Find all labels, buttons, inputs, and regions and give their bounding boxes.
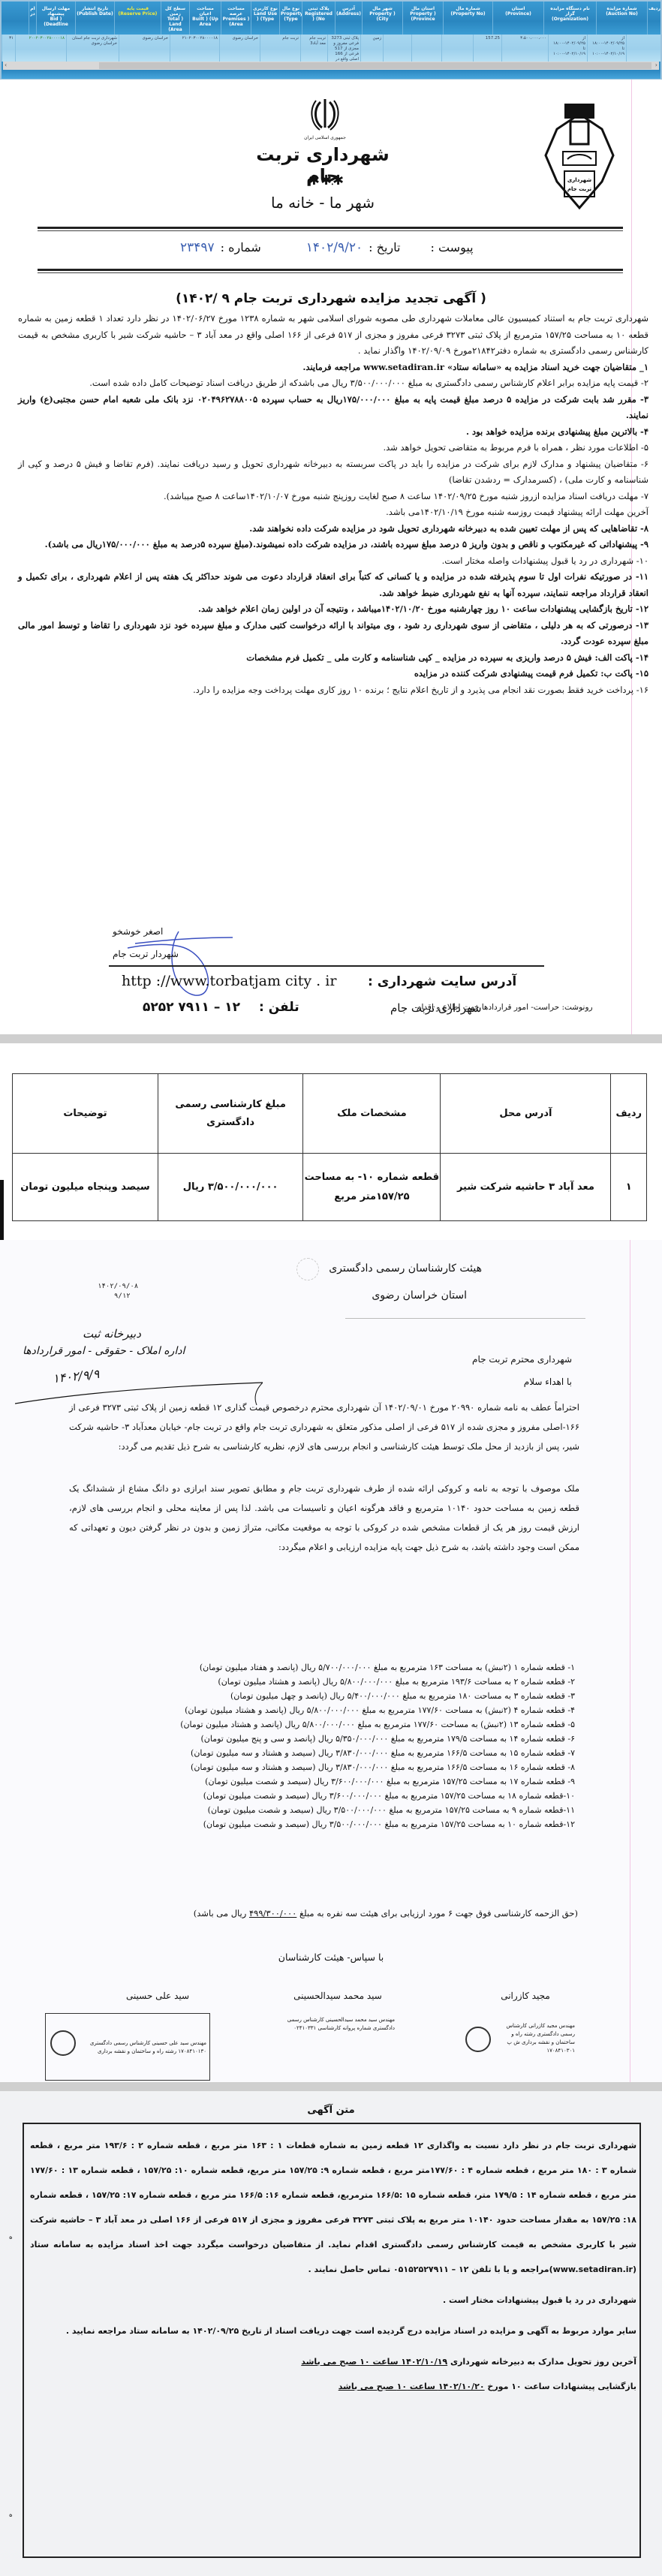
advert-body: شهرداری تربت جام در نظر دارد نسبت به واگ…: [30, 2133, 636, 2399]
iran-emblem-icon: [308, 96, 342, 134]
svg-text:تربت جام: تربت جام: [567, 186, 592, 192]
date-label: تاریخ :: [369, 240, 400, 254]
cell-registered-no: پلاک ثبتی 3273 فرعی مفروز و مجزی از 517 …: [327, 35, 360, 62]
advert-page: متن آگهی شهرداری تربت جام در نظر دارد نس…: [0, 2091, 662, 2576]
closing-thanks: با سپاس- هیئت کارشناسان: [0, 1952, 662, 1963]
expert-fee: (حق الزحمه کارشناسی فوق جهت ۶ مورد ارزیا…: [60, 1908, 578, 1918]
decorative-stars: ✱✱✱: [300, 173, 353, 188]
notice-item-7b: آخرین مهلت ارائه پیشنهاد قیمت روزسه شنبه…: [18, 504, 648, 521]
emblem-caption: جمهوری اسلامی ایران: [300, 135, 350, 140]
cell-total-land-area: 157.25: [473, 35, 501, 62]
expert-letter-date: ۱۴۰۲/۰۹/۰۸: [98, 1282, 138, 1292]
horizontal-scrollbar[interactable]: ‹ ›: [3, 62, 659, 70]
footer-site-url[interactable]: http ://www.torbatjam city . ir: [122, 973, 336, 989]
page-separator: [0, 1034, 662, 1043]
col-publish-date[interactable]: تاریخ انتشار(Publish Date): [75, 2, 114, 35]
footer-phone: ۵۲۵۲ ۷۹۱۱ – ۱۲: [143, 1000, 240, 1015]
expert-province: استان خراسان رضوی: [372, 1290, 467, 1302]
fee-prefix: (حق الزحمه کارشناسی فوق جهت ۶ مورد ارزیا…: [299, 1908, 578, 1918]
plot-valuation-list: ۱- قطعه شماره ۱ (۲نبش) به مساحت ۱۶۳ مترم…: [60, 1660, 578, 1831]
table-row: ۱ معد آباد ۳ حاشیه شرکت شیر قطعه شماره ۱…: [13, 1154, 647, 1221]
col-auction-no[interactable]: شماره مزایده(Auction No): [596, 2, 647, 35]
signer-3-stamp: مهندس سید علی حسینی کارشناس رسمی دادگستر…: [45, 2013, 210, 2081]
col-property-no[interactable]: شماره مال(Property No): [443, 2, 492, 35]
scroll-right-icon[interactable]: ›: [655, 62, 657, 68]
td-specs: قطعه شماره ۱۰- به مساحت ۱۵۷/۲۵متر مربع: [303, 1154, 441, 1221]
expert-org: هیئت کارشناسان رسمی دادگستری: [329, 1262, 482, 1274]
list-item: ۹- قطعه شماره ۱۷ به مساحت ۱۵۷/۲۵ مترمربع…: [60, 1774, 578, 1789]
cell-premises-area: [411, 35, 441, 62]
notice-title: ( آگهی تجدید مزایده شهرداری تربت جام ۹ /…: [0, 291, 662, 306]
list-item: ۱- قطعه شماره ۱ (۲نبش) به مساحت ۱۶۳ مترم…: [60, 1660, 578, 1675]
list-item: ۳- قطعه شماره ۳ به مساحت ۱۸۰ مترمربع به …: [60, 1689, 578, 1703]
signer-1-stamp: مهندس مجید کازرانی کارشناس رسمی دادگستری…: [465, 2013, 578, 2081]
expert-para-2: ملک موصوف با توجه به نامه و کروکی ارائه …: [69, 1479, 579, 1557]
th-specs: مشخصات ملک: [303, 1074, 441, 1154]
margin-mark: ه: [9, 2234, 13, 2241]
td-address: معد آباد ۳ حاشیه شرکت شیر: [441, 1154, 611, 1221]
notice-item-14: ۱۴- پاکت الف: فیش ۵ درصد واریزی به سپرده…: [18, 650, 648, 667]
scrollbar-thumb[interactable]: [99, 62, 651, 69]
advert-para-2: شهرداری در رد یا قبول پیشنهادات مختار اس…: [30, 2288, 636, 2313]
number-value: ۲۳۴۹۷: [180, 240, 215, 255]
property-table: ردیف آدرس محل مشخصات ملک مبلغ کارشناسی ر…: [12, 1073, 647, 1221]
th-expert-price: مبلغ کارشناسی رسمی دادگستری: [158, 1074, 302, 1154]
signer-2-name: سید محمد سیدالحسینی: [278, 1991, 398, 2001]
stamp-seal-icon: [465, 2027, 491, 2052]
handwritten-note-1: دبیرخانه ثبت: [83, 1327, 141, 1341]
page-separator: [0, 2082, 662, 2091]
list-item: ۵- قطعه شماره ۱۳ (۲نبش) به مساحت ۱۷۷/۶۰ …: [60, 1717, 578, 1732]
notice-item-10: ۱۰- شهرداری در رد یا قبول پیشنهادات واصل…: [18, 553, 648, 570]
expert-para-1: احتراماً عطف به نامه شماره ۲۰۹۹۰ مورخ ۱۴…: [69, 1398, 579, 1456]
deadline-value: ۱۴۰۲/۱۰/۱۹ ساعت ۱۰ صبح می باشد: [301, 2357, 447, 2367]
col-property-type[interactable]: نوع مالProperty) (Type: [279, 2, 302, 35]
notice-item-6: ۶- متقاضیان پیشنهاد و مدارک لازم برای شر…: [18, 456, 648, 489]
list-item: ۱۰-قطعه شماره ۱۸ به مساحت ۱۵۷/۲۵ مترمربع…: [60, 1789, 578, 1803]
th-index: ردیف: [611, 1074, 647, 1154]
notice-item-4: ۴- بالاترین مبلغ پیشنهادی برنده مزایده خ…: [18, 424, 648, 441]
list-item: ۱۲-قطعه شماره ۱۰ به مساحت ۱۵۷/۲۵ مترمربع…: [60, 1817, 578, 1831]
signer-2: سید محمد سیدالحسینی: [278, 1991, 398, 2001]
col-property-city[interactable]: شهر مالProperty ) (City: [362, 2, 402, 35]
stamp-text: مهندس سید محمد سیدالحسینی کارشناس رسمی د…: [273, 2016, 395, 2033]
cell-organization: شهرداری تربت جام استان خراسان رضوی: [66, 35, 119, 62]
td-notes: سیصد وپنجاه میلیون تومان: [13, 1154, 158, 1221]
advert-deadline: آخرین روز تحویل مدارک به دبیرخانه شهردار…: [30, 2349, 636, 2374]
col-reserve-price[interactable]: قیمت پایه(Reserve Price): [114, 2, 161, 35]
notice-item-7: ۷- مهلت دریافت اسناد مزایده ازروز شنبه م…: [18, 489, 648, 505]
notice-item-1: ۱_ متقاضیان جهت خرید اسناد مزایده به «سا…: [18, 360, 648, 376]
td-index: ۱: [611, 1154, 647, 1221]
header-rule-top: [38, 227, 623, 231]
footer-phone-label: تلفن :: [259, 1000, 299, 1015]
notice-body: شهرداری تربت جام به استناد کمیسیون عالی …: [18, 311, 648, 698]
letter-date: تاریخ :۱۴۰۲/۹/۲۰: [306, 240, 401, 255]
notice-item-2: ۲- قیمت پایه مزایده برابر اعلام کارشناس …: [18, 375, 648, 392]
stamp-seal-icon: [50, 2030, 76, 2056]
deadline-label: آخرین روز تحویل مدارک به دبیرخانه شهردار…: [450, 2357, 636, 2367]
cell-property-type: زمین: [360, 35, 383, 62]
opening-value: ۱۴۰۲/۱۰/۲۰ ساعت ۱۰ صبح می باشد: [339, 2382, 485, 2391]
th-notes: توضیحات: [13, 1074, 158, 1154]
col-land-use[interactable]: نوع کاربریLand Use ) (Type: [251, 2, 279, 35]
letter-attachment: پیوست :: [430, 240, 473, 255]
opening-label: بازگشایی پیشنهادات ساعت ۱۰ مورخ: [487, 2382, 636, 2391]
list-item: ۱۱-قطعه شماره ۹ به مساحت ۱۵۷/۲۵ مترمربع …: [60, 1803, 578, 1817]
auction-grid: ردیف شماره مزایده(Auction No) نام دستگاه…: [0, 0, 662, 80]
fee-amount: ۴۹۹/۳۰۰/۰۰۰: [249, 1908, 296, 1918]
notice-item-9: ۹- پیشنهاداتی که غیرمکتوب و ناقص و بدون …: [18, 537, 648, 553]
grid-data-row[interactable]: ۳۱ ۲۰۰۲۰۳۰۰۲۸۰۰۰۰۱۸ شهرداری تربت جام است…: [2, 35, 660, 62]
header-rule-bottom: [38, 269, 623, 273]
expert-letter-number: ۹/۱۲: [98, 1292, 138, 1302]
org-motto: شهر ما - خانه ما: [255, 194, 390, 212]
notice-item-16: ۱۶- پرداخت خرید فقط بصورت نقد انجام می پ…: [18, 682, 648, 699]
signer-3-name: سید علی حسینی: [105, 1991, 210, 2001]
grid-footer: [2, 70, 660, 79]
notice-intro: شهرداری تربت جام به استناد کمیسیون عالی …: [18, 311, 648, 360]
notice-item-12: ۱۲- تاریخ بازگشایی پیشنهادات ساعت ۱۰ روز…: [18, 601, 648, 618]
fee-suffix: ریال می باشد): [194, 1908, 247, 1918]
footer-rule: [109, 965, 544, 967]
signer-1: مجید کازرانی: [473, 1991, 578, 2001]
advert-opening: بازگشایی پیشنهادات ساعت ۱۰ مورخ ۱۴۰۲/۱۰/…: [30, 2374, 636, 2399]
list-item: ۴- قطعه شماره ۴ (۲نبش) به مساحت ۱۷۷/۶۰ م…: [60, 1703, 578, 1717]
seal-icon: [296, 1258, 319, 1280]
notice-item-5: ۵- اطلاعات مورد نظر ، همراه با فرم مربوط…: [18, 440, 648, 456]
greeting: با اهداء سلام: [524, 1377, 572, 1387]
list-item: ۲- قطعه شماره ۲ به مساحت ۱۹۳/۶ مترمربع ب…: [60, 1675, 578, 1689]
number-label: شماره :: [221, 240, 261, 254]
col-premises-area[interactable]: مساحت عرصهPremises ) (Area: [221, 2, 251, 35]
cell-property-city: تربت جام: [260, 35, 300, 62]
td-expert-price: ۳/۵۰۰/۰۰۰/۰۰۰ ریال: [158, 1154, 302, 1221]
cell-land-use: [383, 35, 411, 62]
municipality-logo-icon: شهرداری تربت جام: [542, 99, 617, 212]
scan-edge: [0, 1180, 4, 1247]
recipient: شهرداری محترم تربت جام: [472, 1354, 572, 1365]
cell-property-province: خراسان رضوی: [219, 35, 260, 62]
list-item: ۷- قطعه شماره ۱۵ به مساحت ۱۶۶/۵ مترمربع …: [60, 1746, 578, 1760]
letter-meta: شماره :۲۳۴۹۷ تاریخ :۱۴۰۲/۹/۲۰ پیوست :: [150, 240, 623, 255]
margin-mark: ه: [9, 2511, 13, 2519]
col-address[interactable]: آدرس(Address): [335, 2, 362, 35]
property-table-header: ردیف آدرس محل مشخصات ملک مبلغ کارشناسی ر…: [13, 1074, 647, 1154]
svg-text:شهرداری: شهرداری: [567, 177, 591, 183]
notice-letter-page: جمهوری اسلامی ایران شهرداری تربت جام شهر…: [0, 80, 662, 1043]
date-value: ۱۴۰۲/۹/۲۰: [306, 240, 363, 255]
col-organization[interactable]: نام دستگاه مزایده گزار(Organization): [543, 2, 596, 35]
list-item: ۸- قطعه شماره ۱۶ به مساحت ۱۶۶/۵ مترمربع …: [60, 1760, 578, 1774]
expert-letter-body: احتراماً عطف به نامه شماره ۲۰۹۹۰ مورخ ۱۴…: [69, 1398, 579, 1579]
expert-letter-page: هیئت کارشناسان رسمی دادگستری استان خراسا…: [0, 1240, 662, 2082]
notice-item-11: ۱۱- در صورتیکه نفرات اول تا سوم پذیرفته …: [18, 569, 648, 601]
signer-3: سید علی حسینی: [105, 1991, 210, 2001]
signer-name: اصغر خوشخو: [113, 926, 163, 937]
cell-index: ۳۱: [2, 35, 15, 62]
col-truncated[interactable]: ام در: [29, 2, 36, 35]
cell-province: خراسان رضوی: [119, 35, 170, 62]
cell-auction-no[interactable]: ۲۰۰۲۰۳۰۰۲۸۰۰۰۰۱۸: [15, 35, 66, 62]
col-index[interactable]: ردیف: [647, 2, 660, 35]
col-registered-no[interactable]: پلاک ثبتیRegistered ) (No: [302, 2, 335, 35]
col-province[interactable]: استان(Province): [492, 2, 543, 35]
property-table-page: ردیف آدرس محل مشخصات ملک مبلغ کارشناسی ر…: [0, 1052, 662, 1240]
notice-item-3: ۳- مقرر شد بابت شرکت در مزایده ۵ درصد مب…: [18, 392, 648, 424]
cell-bid-deadline: از ۱۴۰۲/۰۹/۲۵-۱۸:۰۰ تا ۱۴۰۲/۱۰/۱۹-۱۰:۰۰: [587, 35, 626, 62]
cell-address: تربت جام معد آباد3: [300, 35, 327, 62]
scroll-left-icon[interactable]: ‹: [5, 62, 7, 68]
cell-publish-date: از ۱۴۰۲/۰۹/۲۵-۱۸:۰۰ تا ۱۴۰۲/۱۰/۱۹-۱۰:۰۰: [548, 35, 587, 62]
cell-property-no: ۲۱۰۲۰۳۰۰۲۸۰۰۰۰۱۸: [170, 35, 219, 62]
footer-site-label: آدرس سایت شهرداری :: [368, 974, 516, 989]
attachment-label: پیوست :: [430, 240, 473, 254]
signer-1-name: مجید کازرانی: [473, 1991, 578, 2001]
expert-letter-meta: ۱۴۰۲/۰۹/۰۸ ۹/۱۲: [98, 1282, 138, 1302]
grid-header-row: ردیف شماره مزایده(Auction No) نام دستگاه…: [2, 2, 660, 35]
advert-para-1: شهرداری تربت جام در نظر دارد نسبت به واگ…: [30, 2133, 636, 2282]
cell-truncated: [626, 35, 633, 62]
handwritten-note-2: اداره املاک - حقوقی - امور قراردادها: [23, 1345, 185, 1357]
col-property-province[interactable]: استان مالProperty ) (Province: [402, 2, 443, 35]
cell-reserve-price: ۳،۵۰۰،۰۰۰،۰۰۰: [501, 35, 548, 62]
th-address: آدرس محل: [441, 1074, 611, 1154]
letter-number: شماره :۲۳۴۹۷: [180, 240, 261, 255]
footer-org: شهرداری تربت جام: [390, 1001, 482, 1015]
signer-title: شهردار تربت جام: [113, 949, 179, 959]
notice-item-8: ۸- تقاضاهایی که پس از مهلت تعیین شده به …: [18, 521, 648, 537]
notice-item-13: ۱۳- درصورتی که به هر دلیلی ، متقاضی از س…: [18, 618, 648, 650]
cell-built-up-area: [441, 35, 473, 62]
col-built-up-area[interactable]: مساحت اعیانBuilt ) (Up Area: [189, 2, 221, 35]
list-item: ۶- قطعه شماره ۱۴ به مساحت ۱۷۹/۵ مترمربع …: [60, 1732, 578, 1746]
signer-2-stamp: مهندس سید محمد سیدالحسینی کارشناس رسمی د…: [270, 2013, 398, 2066]
advert-para-3: سایر موارد مربوط به آگهی و مزایده در اسن…: [30, 2319, 636, 2343]
col-total-land-area[interactable]: سطح کل زمینTotal ) Land (Area: [161, 2, 189, 35]
advert-title: متن آگهی: [0, 2105, 662, 2116]
notice-item-15: ۱۵- پاکت ب: تکمیل فرم قیمت پیشنهادی شرکت…: [18, 666, 648, 682]
header-rule: [345, 1318, 585, 1319]
col-bid-deadline[interactable]: مهلت ارسال پیشنهادBid ) (Deadline: [36, 2, 75, 35]
